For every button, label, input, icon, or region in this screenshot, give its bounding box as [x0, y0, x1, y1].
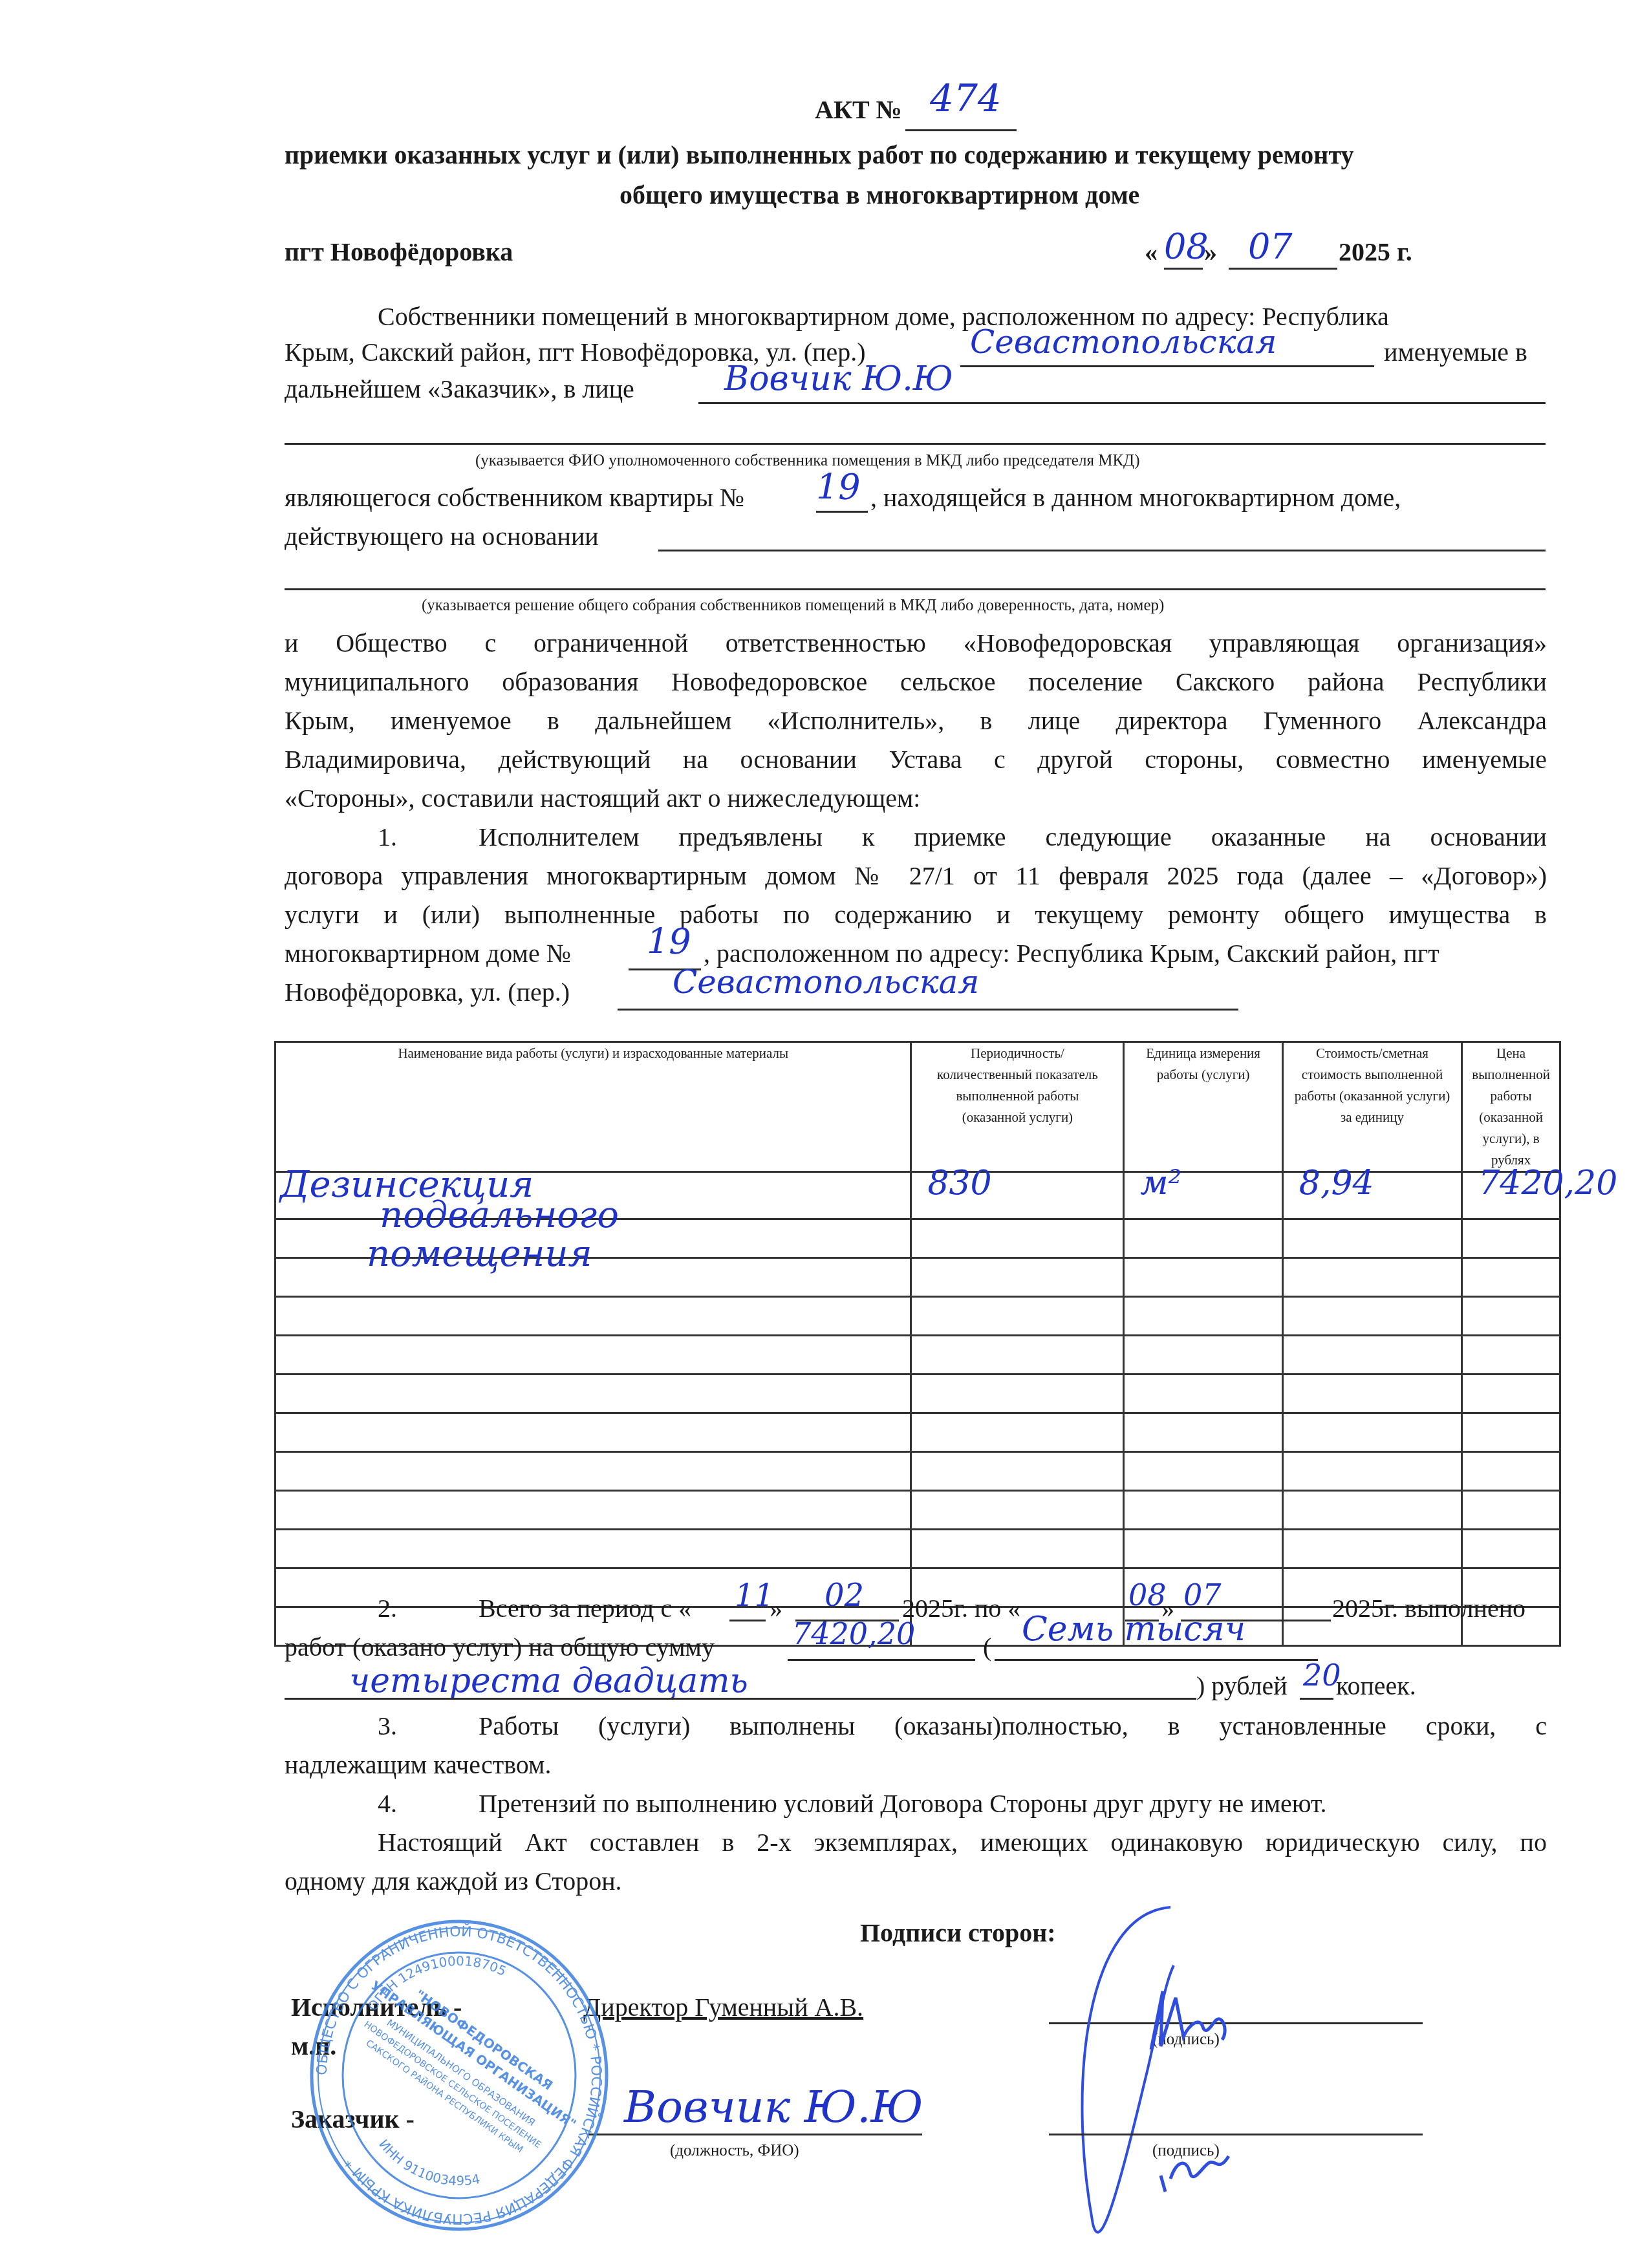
table-row — [275, 1375, 1560, 1413]
table-cell-unit-cost[interactable]: 8,94 — [1282, 1172, 1461, 1219]
table-cell-unit[interactable] — [1124, 1297, 1282, 1336]
stamp-inn: ИНН 9110034954 — [376, 2136, 481, 2188]
sum-words-line-2 — [285, 1698, 1196, 1700]
representative-line-2 — [285, 443, 1546, 445]
clause1-line-1: Исполнителем предъявлены к приемке следу… — [479, 818, 1547, 857]
customer-name[interactable]: Вовчик Ю.Ю — [624, 2082, 923, 2133]
col-header-name: Наименование вида работы (услуги) и изра… — [275, 1042, 911, 1172]
table-cell-qty[interactable] — [911, 1530, 1124, 1568]
total-sum[interactable]: 7420,20 — [792, 1616, 915, 1651]
date-year: 2025 г. — [1339, 233, 1412, 272]
date-day-line — [1164, 268, 1203, 270]
clause3-line-2: надлежащим качеством. — [285, 1746, 551, 1784]
date-close-quote: » — [1204, 233, 1217, 272]
table-cell-unit[interactable] — [1124, 1530, 1282, 1568]
table-cell-name[interactable] — [275, 1530, 911, 1568]
clause2-b: » — [770, 1589, 782, 1628]
sum-words-line-1 — [995, 1659, 1318, 1661]
table-cell-unit-cost[interactable] — [1282, 1297, 1461, 1336]
table-cell-qty[interactable] — [911, 1297, 1124, 1336]
parties-line-3: дальнейшем «Заказчик», в лице — [285, 370, 634, 409]
col-header-qty: Периодичность/ количественный показатель… — [911, 1042, 1124, 1172]
table-header-row: Наименование вида работы (услуги) и изра… — [275, 1042, 1560, 1172]
table-cell-unit-cost[interactable] — [1282, 1258, 1461, 1297]
clause2-h: копеек. — [1336, 1667, 1416, 1706]
clause1-num: 1. — [378, 818, 397, 857]
stamp-center-2: УПРАВЛЯЮЩАЯ ОРГАНИЗАЦИЯ" — [368, 1978, 579, 2132]
table-cell-unit[interactable] — [1124, 1375, 1282, 1413]
representative-line — [698, 402, 1546, 404]
apartment-field[interactable]: 19 — [816, 467, 861, 508]
total-sum-line — [788, 1659, 975, 1661]
paren-open: ( — [983, 1628, 991, 1667]
executor-para-1: и Общество с ограниченной ответственност… — [285, 624, 1547, 663]
cell-value: помещения — [367, 1233, 592, 1275]
parties-line-4a: являющегося собственником квартиры № — [285, 478, 744, 517]
table-row — [275, 1452, 1560, 1491]
table-cell-unit-cost[interactable] — [1282, 1336, 1461, 1375]
sum-words-2[interactable]: четыреста двадцать — [349, 1662, 748, 1700]
table-cell-qty[interactable] — [911, 1413, 1124, 1452]
table-row — [275, 1530, 1560, 1568]
table-cell-price[interactable] — [1462, 1452, 1560, 1491]
customer-name-line — [588, 2134, 922, 2135]
act-subtitle-1: приемки оказанных услуг и (или) выполнен… — [285, 136, 1354, 175]
place: пгт Новофёдоровка — [285, 233, 513, 272]
table-cell-price[interactable] — [1462, 1336, 1560, 1375]
basis-line — [658, 550, 1546, 551]
table-cell-price[interactable] — [1462, 1530, 1560, 1568]
clause4-num: 4. — [378, 1784, 397, 1823]
basis-line-2 — [285, 588, 1546, 590]
date-day[interactable]: 08 — [1164, 226, 1209, 267]
table-cell-unit-cost[interactable] — [1282, 1452, 1461, 1491]
clause2-num: 2. — [378, 1589, 397, 1628]
signatures-title: Подписи сторон: — [860, 1914, 1056, 1952]
table-cell-unit[interactable]: м² — [1124, 1172, 1282, 1219]
table-cell-price[interactable]: 7420,20 — [1462, 1172, 1560, 1219]
executor-signature — [1048, 1888, 1436, 2250]
executor-para-3: Крым, именуемое в дальнейшем «Исполнител… — [285, 701, 1547, 740]
clause1-line-2: договора управления многоквартирным домо… — [285, 857, 1547, 895]
period-to-day[interactable]: 08 — [1128, 1578, 1167, 1612]
clause1-street-field[interactable]: Севастопольская — [673, 963, 979, 1001]
apartment-line — [816, 511, 868, 513]
clause1-street-line — [618, 1009, 1238, 1011]
clause3-num: 3. — [378, 1707, 397, 1746]
closing-line-2: одному для каждой из Сторон. — [285, 1862, 622, 1901]
table-cell-unit-cost[interactable] — [1282, 1413, 1461, 1452]
table-cell-price[interactable] — [1462, 1491, 1560, 1530]
table-cell-unit[interactable] — [1124, 1413, 1282, 1452]
kopecks[interactable]: 20 — [1303, 1658, 1341, 1693]
closing-line-1: Настоящий Акт составлен в 2-х экземпляра… — [378, 1823, 1547, 1862]
table-row — [275, 1491, 1560, 1530]
act-label: АКТ № — [815, 95, 902, 124]
period-to-month[interactable]: 07 — [1183, 1578, 1222, 1612]
table-cell-name[interactable] — [275, 1413, 911, 1452]
customer-signature-hint: (подпись) — [1152, 2141, 1220, 2161]
table-cell-unit-cost[interactable] — [1282, 1375, 1461, 1413]
street-line — [960, 365, 1374, 367]
kopecks-line — [1300, 1698, 1333, 1700]
clause3-line-1: Работы (услуги) выполнены (оказаны)полно… — [479, 1707, 1547, 1746]
table-cell-name[interactable] — [275, 1375, 911, 1413]
act-number-line — [905, 129, 1017, 131]
table-cell-price[interactable] — [1462, 1375, 1560, 1413]
act-number[interactable]: 474 — [930, 76, 1002, 120]
act-subtitle-2: общего имущества в многоквартирном доме — [620, 176, 1139, 215]
parties-line-2b: именуемые в — [1384, 333, 1527, 372]
hint-basis: (указывается решение общего собрания соб… — [422, 596, 1164, 615]
table-cell-unit[interactable] — [1124, 1491, 1282, 1530]
table-cell-qty[interactable] — [911, 1258, 1124, 1297]
clause2-a: Всего за период с « — [479, 1589, 691, 1628]
cell-value: м² — [1140, 1164, 1181, 1203]
date-month[interactable]: 07 — [1248, 226, 1293, 267]
table-cell-qty[interactable] — [911, 1219, 1124, 1258]
company-stamp: ОБЩЕСТВО С ОГРАНИЧЕННОЙ ОТВЕТСТВЕННОСТЬЮ… — [304, 1914, 614, 2237]
table-row: помещения — [275, 1258, 1560, 1297]
street-field[interactable]: Севастопольская — [970, 323, 1277, 361]
table-cell-name[interactable] — [275, 1297, 911, 1336]
date-month-line — [1229, 268, 1337, 270]
clause1-line-4a: многоквартирном доме № — [285, 934, 571, 973]
table-cell-name[interactable] — [275, 1336, 911, 1375]
table-cell-name[interactable]: помещения — [275, 1258, 911, 1297]
parties-line-5: действующего на основании — [285, 517, 599, 556]
sum-words-1[interactable]: Семь тысяч — [1022, 1610, 1245, 1649]
hint-fio: (указывается ФИО уполномоченного собстве… — [475, 451, 1139, 471]
table-row — [275, 1297, 1560, 1336]
table-cell-qty[interactable]: 830 — [911, 1172, 1124, 1219]
table-cell-unit-cost[interactable] — [1282, 1530, 1461, 1568]
svg-text:ИНН 9110034954: ИНН 9110034954 — [376, 2136, 481, 2188]
table-row — [275, 1413, 1560, 1452]
clause4-text: Претензий по выполнению условий Договора… — [479, 1784, 1327, 1823]
cell-value: 7420,20 — [1478, 1164, 1617, 1203]
period-from-month[interactable]: 02 — [824, 1578, 864, 1614]
period-from-day-line — [729, 1620, 766, 1621]
period-from-day[interactable]: 11 — [735, 1578, 774, 1614]
clause2-g: ) рублей — [1196, 1667, 1288, 1706]
executor-name: Директор Гуменный А.В. — [583, 1988, 863, 2027]
table-cell-qty[interactable] — [911, 1375, 1124, 1413]
table-cell-price[interactable] — [1462, 1297, 1560, 1336]
clause2-c: 2025г. по « — [902, 1589, 1020, 1628]
col-header-price: Цена выполненной работы (оказанной услуг… — [1462, 1042, 1560, 1172]
executor-para-5: «Стороны», составили настоящий акт о ниж… — [285, 779, 920, 818]
table-cell-unit[interactable] — [1124, 1219, 1282, 1258]
table-row — [275, 1336, 1560, 1375]
executor-para-2: муниципального образования Новофедоровск… — [285, 663, 1547, 701]
date-open-quote: « — [1145, 233, 1158, 272]
clause2-f: работ (оказано услуг) на общую сумму — [285, 1628, 715, 1667]
table-cell-price[interactable] — [1462, 1219, 1560, 1258]
table-cell-price[interactable] — [1462, 1258, 1560, 1297]
cell-value: 830 — [927, 1164, 991, 1203]
cell-value: подвального — [380, 1194, 619, 1236]
cell-value: 8,94 — [1299, 1164, 1374, 1203]
table-cell-unit-cost[interactable] — [1282, 1491, 1461, 1530]
table-cell-unit[interactable] — [1124, 1258, 1282, 1297]
table-cell-qty[interactable] — [911, 1452, 1124, 1491]
table-cell-name[interactable] — [275, 1491, 911, 1530]
table-cell-unit-cost[interactable] — [1282, 1219, 1461, 1258]
house-field[interactable]: 19 — [647, 921, 691, 962]
table-cell-qty[interactable] — [911, 1491, 1124, 1530]
act-title: АКТ № — [815, 91, 902, 129]
table-cell-unit[interactable] — [1124, 1336, 1282, 1375]
works-table: Наименование вида работы (услуги) и изра… — [274, 1041, 1561, 1647]
table-cell-qty[interactable] — [911, 1336, 1124, 1375]
col-header-unit: Единица измерения работы (услуги) — [1124, 1042, 1282, 1172]
customer-signature-line — [1049, 2134, 1423, 2135]
executor-para-4: Владимировича, действующий на основании … — [285, 740, 1547, 779]
parties-line-4b: , находящейся в данном многоквартирном д… — [870, 478, 1401, 517]
table-cell-unit[interactable] — [1124, 1452, 1282, 1491]
clause2-e: 2025г. выполнено — [1332, 1589, 1525, 1628]
col-header-unit-cost: Стоимость/сметная стоимость выполненной … — [1282, 1042, 1461, 1172]
table-cell-price[interactable] — [1462, 1413, 1560, 1452]
table-cell-name[interactable] — [275, 1452, 911, 1491]
clause1-line-3: услуги и (или) выполненные работы по сод… — [285, 895, 1547, 934]
clause1-line-5: Новофёдоровка, ул. (пер.) — [285, 973, 570, 1012]
representative-field[interactable]: Вовчик Ю.Ю — [724, 359, 953, 398]
customer-position-hint: (должность, ФИО) — [670, 2141, 799, 2161]
